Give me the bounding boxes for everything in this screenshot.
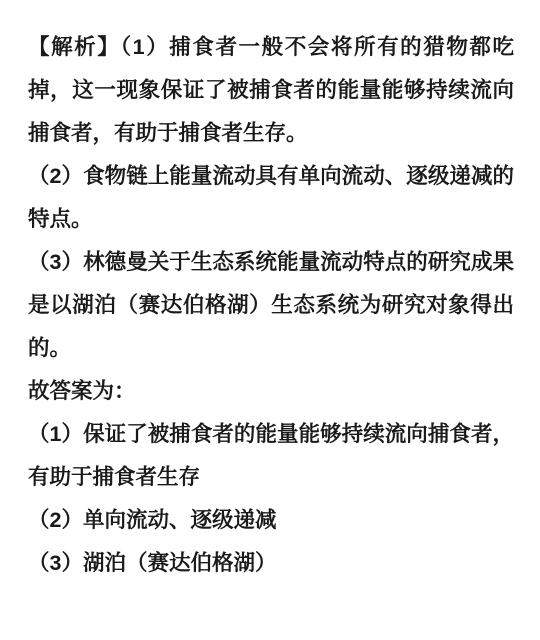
solution-document-page: 【解析】（1）捕食者一般不会将所有的猎物都吃掉，这一现象保证了被捕食者的能量能够… (0, 0, 540, 640)
analysis-intro-paragraph: 【解析】（1）捕食者一般不会将所有的猎物都吃掉，这一现象保证了被捕食者的能量能够… (28, 26, 514, 155)
answer-header: 故答案为： (28, 370, 514, 413)
analysis-point-3-paragraph: （3）林德曼关于生态系统能量流动特点的研究成果是以湖泊（赛达伯格湖）生态系统为研… (28, 241, 514, 370)
answer-3-paragraph: （3）湖泊（赛达伯格湖） (28, 542, 514, 585)
answer-2-paragraph: （2）单向流动、逐级递减 (28, 499, 514, 542)
analysis-point-2-paragraph: （2）食物链上能量流动具有单向流动、逐级递减的特点。 (28, 155, 514, 241)
answer-1-paragraph: （1）保证了被捕食者的能量能够持续流向捕食者，有助于捕食者生存 (28, 413, 514, 499)
